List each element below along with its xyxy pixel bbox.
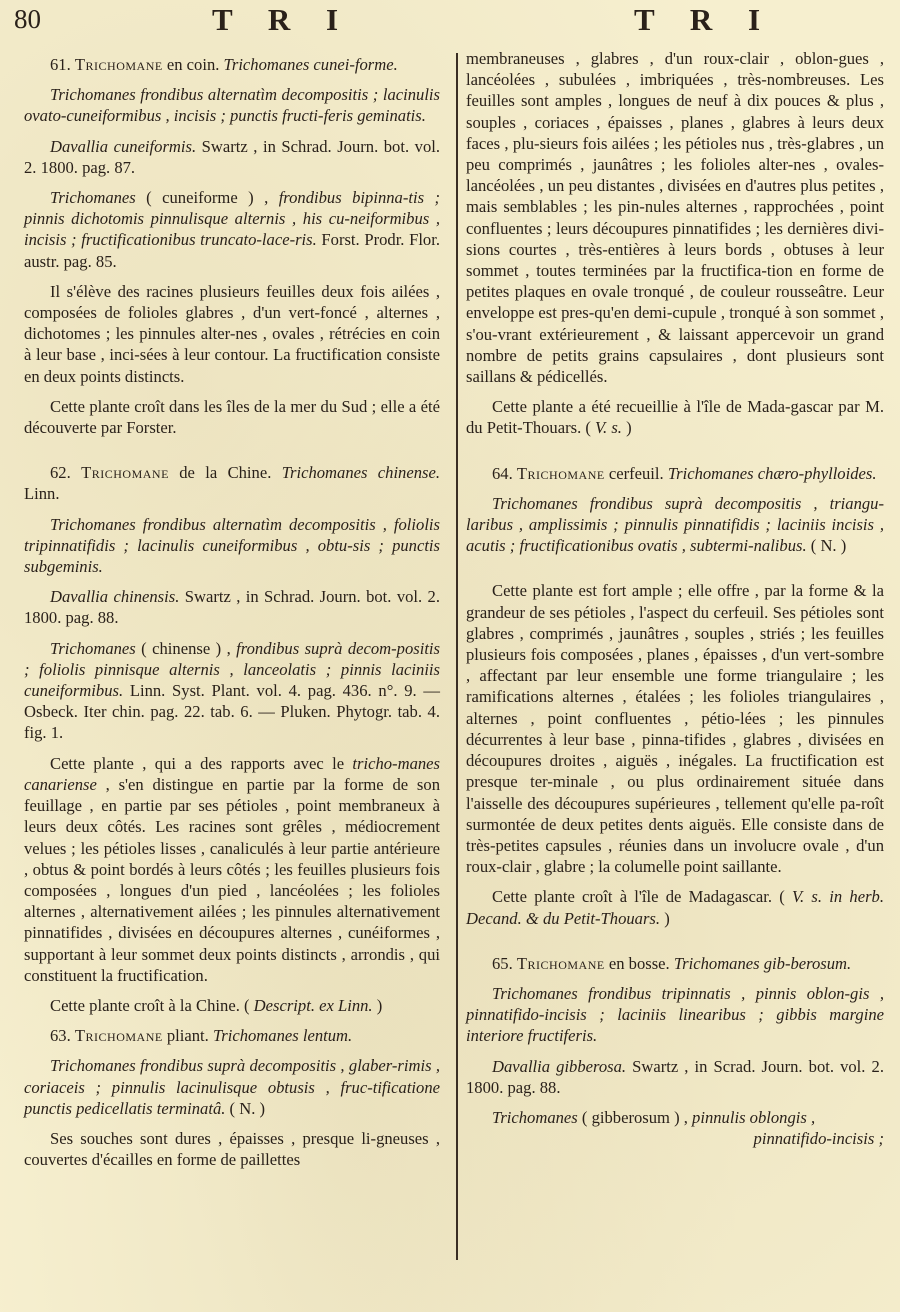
description: Ses souches sont dures , épaisses , pres… [24, 1128, 440, 1170]
latin-name: Trichomanes chæro-phylloides. [668, 464, 877, 483]
entry-number: 63. [50, 1026, 71, 1045]
french-name: en coin. [163, 55, 224, 74]
running-head-left: T R I [212, 2, 352, 38]
genus-name: Trichomane [517, 464, 605, 483]
entry-62: 62. Trichomane de la Chine. Trichomanes … [24, 462, 440, 1016]
french-name: de la Chine. [169, 463, 282, 482]
habitat: Cette plante croît dans les îles de la m… [24, 396, 440, 438]
latin-name: Trichomanes cunei-forme. [224, 55, 398, 74]
french-name: pliant. [163, 1026, 213, 1045]
synonym: Davallia chinensis. Swartz , in Schrad. … [24, 586, 440, 628]
description: Cette plante , qui a des rapports avec l… [24, 753, 440, 986]
habitat: Cette plante croît à la Chine. ( Descrip… [24, 995, 440, 1016]
description: Cette plante est fort ample ; elle offre… [466, 580, 884, 877]
latin-diagnosis: Trichomanes frondibus alternatìm decompo… [24, 514, 440, 578]
entry-63: 63. Trichomane pliant. Trichomanes lentu… [24, 1025, 440, 1170]
entry-number: 64. [492, 464, 513, 483]
description: Il s'élève des racines plusieurs feuille… [24, 281, 440, 387]
entry-63-continued: membraneuses , glabres , d'un roux-clair… [466, 48, 884, 439]
latin-name: Trichomanes lentum. [213, 1026, 352, 1045]
latin-author: Linn. [24, 484, 60, 503]
genus-name: Trichomane [517, 954, 605, 973]
synonym: Trichomanes ( chinense ) , frondibus sup… [24, 638, 440, 744]
entry-heading: 64. Trichomane cerfeuil. Trichomanes chæ… [466, 463, 884, 484]
synonym: Davallia cuneiformis. Swartz , in Schrad… [24, 136, 440, 178]
latin-diagnosis: Trichomanes frondibus suprà decompositis… [24, 1055, 440, 1119]
latin-diagnosis: Trichomanes frondibus alternatìm decompo… [24, 84, 440, 126]
entry-number: 65. [492, 954, 513, 973]
habitat: Cette plante croît à l'île de Madagascar… [466, 886, 884, 928]
running-head-right: T R I [634, 2, 774, 38]
latin-name: Trichomanes chinense. [282, 463, 440, 482]
entry-64: 64. Trichomane cerfeuil. Trichomanes chæ… [466, 463, 884, 929]
right-column: membraneuses , glabres , d'un roux-clair… [466, 48, 884, 1149]
habitat: Cette plante a été recueillie à l'île de… [466, 396, 884, 438]
entry-heading: 62. Trichomane de la Chine. Trichomanes … [24, 462, 440, 504]
french-name: en bosse. [605, 954, 674, 973]
entry-heading: 63. Trichomane pliant. Trichomanes lentu… [24, 1025, 440, 1046]
entry-65: 65. Trichomane en bosse. Trichomanes gib… [466, 953, 884, 1150]
synonym: Trichomanes ( gibberosum ) , pinnulis ob… [466, 1107, 884, 1128]
entry-heading: 61. Trichomane en coin. Trichomanes cune… [24, 54, 440, 75]
genus-name: Trichomane [75, 1026, 163, 1045]
latin-diagnosis: Trichomanes frondibus tripinnatis , pinn… [466, 983, 884, 1047]
page-number: 80 [14, 4, 41, 35]
latin-name: Trichomanes gib-berosum. [674, 954, 851, 973]
synonym-continuation: pinnatifido-incisis ; [466, 1128, 884, 1149]
entry-number: 61. [50, 55, 71, 74]
genus-name: Trichomane [75, 55, 163, 74]
latin-diagnosis: Trichomanes frondibus suprà decompositis… [466, 493, 884, 557]
genus-name: Trichomane [81, 463, 169, 482]
synonym: Davallia gibberosa. Swartz , in Scrad. J… [466, 1056, 884, 1098]
entry-heading: 65. Trichomane en bosse. Trichomanes gib… [466, 953, 884, 974]
synonym: Trichomanes ( cuneiforme ) , frondibus b… [24, 187, 440, 272]
description: membraneuses , glabres , d'un roux-clair… [466, 48, 884, 387]
column-divider-rule [456, 53, 458, 1260]
french-name: cerfeuil. [605, 464, 668, 483]
left-column: 61. Trichomane en coin. Trichomanes cune… [24, 48, 440, 1179]
entry-61: 61. Trichomane en coin. Trichomanes cune… [24, 54, 440, 438]
entry-number: 62. [50, 463, 71, 482]
